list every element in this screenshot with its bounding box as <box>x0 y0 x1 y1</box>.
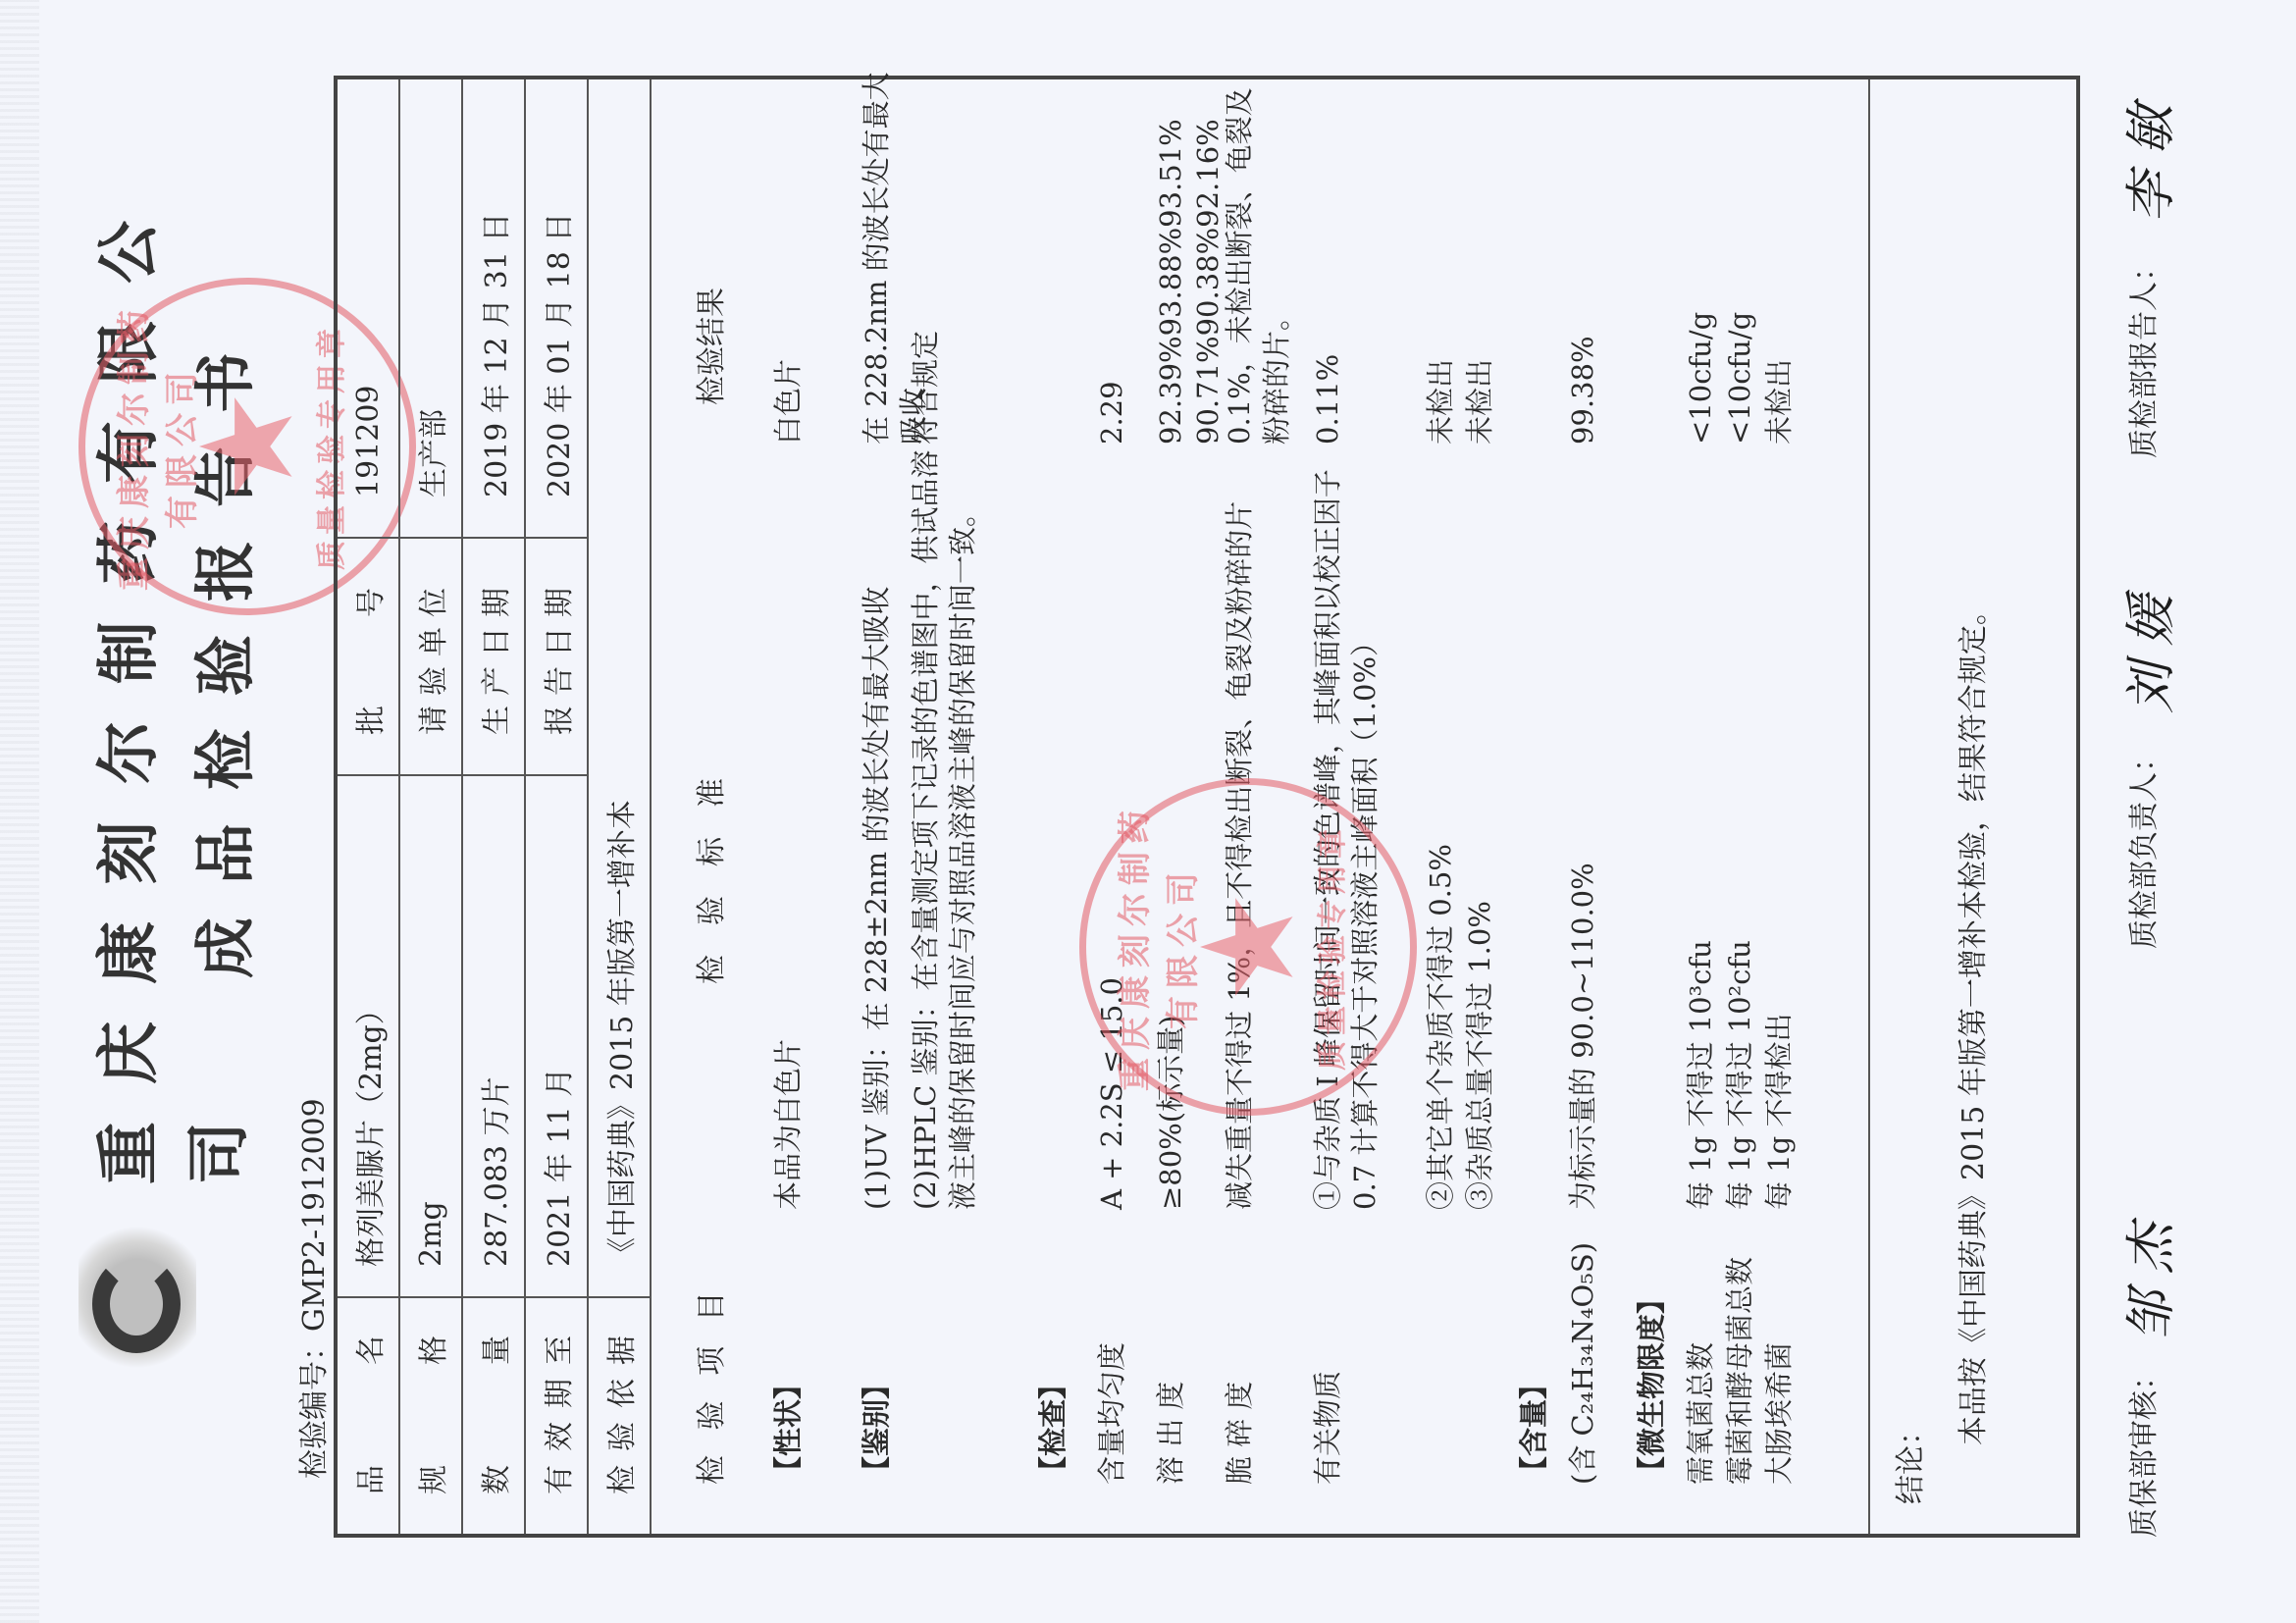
conclusion-label: 结论： <box>1886 1416 1929 1504</box>
test-result: 0.1%，未检出断裂、龟裂及粉碎的片。 <box>1221 72 1295 445</box>
test-item: 需氧菌总数 <box>1682 1171 1719 1485</box>
test-standard: 每 1g 不得检出 <box>1760 445 1798 1210</box>
report-number-label: 检验编号： <box>297 1332 332 1479</box>
label-product-name: 品 名 <box>338 1296 398 1534</box>
test-result: <10cfu/g <box>1682 72 1719 445</box>
test-item: (含 C₂₄H₃₄N₄O₅S) <box>1564 1171 1601 1485</box>
label-spec: 规 格 <box>400 1296 461 1534</box>
manager-signature: 质检部负责人： 刘 媛 <box>2119 743 2163 949</box>
company-logo <box>78 1224 196 1371</box>
reviewer-signature: 质保部审核： 邹 杰 <box>2119 1361 2163 1538</box>
report-number: 检验编号：GMP2-1912009 <box>289 1098 333 1479</box>
column-headers: 检 验 项 目 检 验 标 准 检验结果 <box>671 79 740 1534</box>
test-standard: (2)HPLC 鉴别：在含量测定项下记录的色谱图中，供试品溶液主峰的保留时间应与… <box>907 445 981 1210</box>
test-result: 2.29 <box>1093 72 1130 445</box>
reporter-label: 质检部报告人： <box>2127 252 2162 458</box>
inspection-report-page: 重庆康刻尔制药有限公司 成品检验报告书 检验编号：GMP2-1912009 重庆… <box>49 46 2247 1577</box>
test-item: 含量均匀度 <box>1093 1171 1130 1485</box>
scan-edge-noise <box>0 0 39 1623</box>
product-info-table: 品 名 格列美脲片（2mg） 批 号 191209 规 格 2mg 请验单位 生… <box>338 79 671 1534</box>
label-quantity: 数 量 <box>463 1296 524 1534</box>
test-item: 大肠埃希菌 <box>1760 1171 1798 1485</box>
test-result: 符合规定 <box>907 72 944 445</box>
report-number-value: GMP2-1912009 <box>297 1098 332 1332</box>
test-item: 溶 出 度 <box>1152 1171 1189 1485</box>
value-spec: 2mg <box>400 774 461 1296</box>
company-stamp-middle: 重庆康刻尔制药有限公司 ★ 质量检验专用章 <box>1079 778 1417 1116</box>
test-result: 未检出 <box>1461 72 1498 445</box>
test-result: 0.11% <box>1309 72 1346 445</box>
label-report-date: 报告日期 <box>526 537 587 774</box>
test-result: 未检出 <box>1760 72 1798 445</box>
reporter-handwriting: 李 敏 <box>2110 104 2183 223</box>
value-quantity: 287.083 万片 <box>463 774 524 1296</box>
star-icon: ★ <box>183 390 311 504</box>
test-standard: (1)UV 鉴别：在 228±2nm 的波长处有最大吸收 <box>858 445 895 1210</box>
info-row-basis: 检验依据 《中国药典》2015 年版第一增补本 <box>589 79 652 1534</box>
test-result: 白色片 <box>769 72 807 445</box>
info-row-quantity: 数 量 287.083 万片 生产日期 2019 年 12 月 31 日 <box>463 79 526 1534</box>
value-requester: 生产部 <box>400 79 461 537</box>
conclusion-section: 结论： 本品按《中国药典》2015 年版第一增补本检验，结果符合规定。 <box>1868 79 2076 1534</box>
test-standard: 本品为白色片 <box>769 445 807 1210</box>
label-requester: 请验单位 <box>400 537 461 774</box>
logo-c-icon <box>92 1255 181 1353</box>
value-production-date: 2019 年 12 月 31 日 <box>463 79 524 537</box>
test-item: 【检查】 <box>1034 1171 1071 1485</box>
manager-handwriting: 刘 媛 <box>2110 595 2183 713</box>
info-row-product: 品 名 格列美脲片（2mg） 批 号 191209 <box>338 79 400 1534</box>
test-item: 【含量】 <box>1515 1171 1552 1485</box>
label-production-date: 生产日期 <box>463 537 524 774</box>
value-basis: 《中国药典》2015 年版第一增补本 <box>589 79 650 1296</box>
label-basis: 检验依据 <box>589 1296 650 1534</box>
stamp-bottom-text: 质量检验专用章 <box>1308 785 1351 1109</box>
signature-row: 质保部审核： 邹 杰 质检部负责人： 刘 媛 质检部报告人： 李 敏 <box>2100 85 2178 1538</box>
test-standard: 每 1g 不得过 10³cfu <box>1682 445 1719 1210</box>
value-product-name: 格列美脲片（2mg） <box>338 774 398 1296</box>
test-result: 未检出 <box>1422 72 1459 445</box>
test-item: 脆 碎 度 <box>1221 1171 1258 1485</box>
header-item: 检 验 项 目 <box>687 1283 730 1485</box>
reporter-signature: 质检部报告人： 李 敏 <box>2119 252 2163 458</box>
test-item: 霉菌和酵母菌总数 <box>1721 1171 1758 1485</box>
test-item: 有关物质 <box>1309 1171 1346 1485</box>
test-standard: ③杂质总量不得过 1.0% <box>1461 445 1498 1210</box>
test-standard: 为标示量的 90.0~110.0% <box>1564 445 1601 1210</box>
info-row-spec: 规 格 2mg 请验单位 生产部 <box>400 79 463 1534</box>
value-expiry: 2021 年 11 月 <box>526 774 587 1296</box>
test-result: 92.39%93.88%93.51% 90.71%90.38%92.16% <box>1152 72 1226 445</box>
test-standard: ②其它单个杂质不得过 0.5% <box>1422 445 1459 1210</box>
conclusion-text: 本品按《中国药典》2015 年版第一增补本检验，结果符合规定。 <box>1949 596 1992 1445</box>
info-row-expiry: 有效期至 2021 年 11 月 报告日期 2020 年 01 月 18 日 <box>526 79 589 1534</box>
test-item: 【微生物限度】 <box>1633 1171 1670 1485</box>
star-icon: ★ <box>1184 890 1312 1005</box>
header-standard: 检 验 标 准 <box>687 778 730 984</box>
test-item: 【鉴别】 <box>858 1171 895 1485</box>
reviewer-handwriting: 邹 杰 <box>2110 1223 2183 1341</box>
label-batch-no: 批 号 <box>338 537 398 774</box>
reviewer-label: 质保部审核： <box>2127 1361 2162 1538</box>
test-result: <10cfu/g <box>1721 72 1758 445</box>
value-report-date: 2020 年 01 月 18 日 <box>526 79 587 537</box>
header-result: 检验结果 <box>687 288 730 405</box>
value-batch-no: 191209 <box>338 79 398 537</box>
test-standard: 每 1g 不得过 10²cfu <box>1721 445 1758 1210</box>
test-item: 【性状】 <box>769 1171 807 1485</box>
label-expiry: 有效期至 <box>526 1296 587 1534</box>
test-result: 99.38% <box>1564 72 1601 445</box>
manager-label: 质检部负责人： <box>2127 743 2162 949</box>
